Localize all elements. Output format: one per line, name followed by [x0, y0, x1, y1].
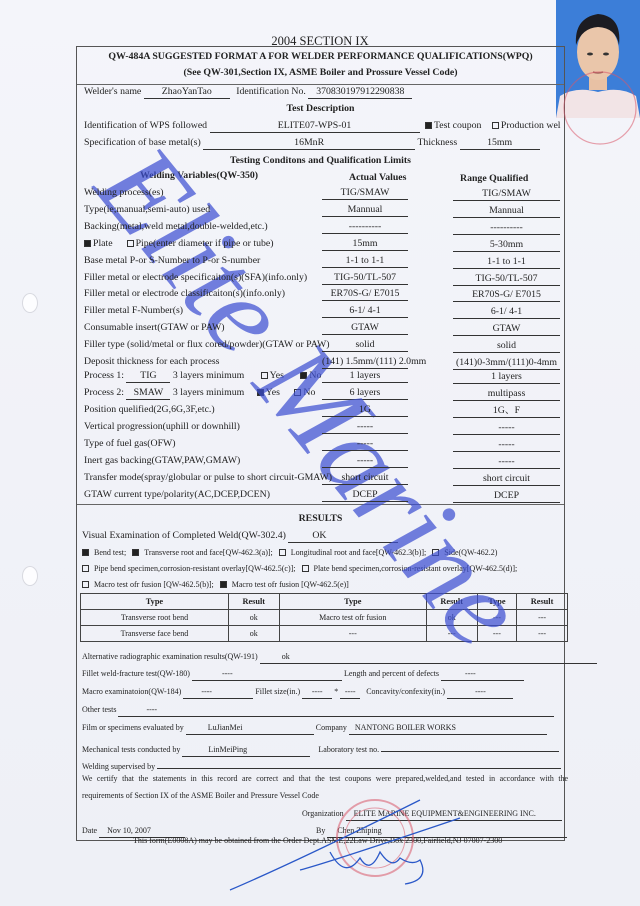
actual-value[interactable]: (141) 1.5mm/(111) 2.0mm — [322, 356, 408, 369]
actual-value[interactable]: 6-1/ 4-1 — [322, 305, 408, 318]
welder-row: Welder's name ZhaoYanTao Identification … — [84, 86, 412, 99]
result-check-label: Bend test; — [94, 548, 126, 557]
base-metal-field[interactable]: 16MnR — [203, 137, 415, 150]
process1-row: Process 1: TIG 3 layers minimum Yes No — [84, 370, 321, 383]
welder-name-label: Welder's name — [84, 86, 141, 97]
other-tests-field[interactable]: ---- — [118, 704, 554, 717]
col-variables: Welding Variables(QW-350) — [140, 170, 258, 181]
organization-row: Organization ELITE MARINE EQUIPMENT&ENGI… — [302, 808, 562, 821]
variable-label: Base metal P-or S-Number to P-or S-numbe… — [84, 255, 260, 266]
process2-yes-checkbox[interactable] — [257, 389, 264, 396]
no-label: No — [303, 387, 315, 398]
process1-actual[interactable]: 1 layers — [322, 370, 408, 383]
process1-range[interactable]: 1 layers — [453, 371, 560, 384]
certification-line-1: We certify that the statements in this r… — [82, 774, 568, 783]
footer-note: This form(E0008A) may be obtained from t… — [133, 836, 502, 845]
macro-field[interactable]: ---- — [183, 686, 253, 699]
visual-label: Visual Examination of Completed Weld(QW-… — [82, 530, 286, 541]
pipe-checkbox[interactable] — [127, 240, 134, 247]
date-label: Date — [82, 826, 97, 835]
concavity-label: Concavity/confexity(in.) — [366, 687, 445, 696]
table-row: Transverse root bendokMacro test ofr fus… — [81, 610, 568, 626]
result-check-label: Macro test ofr fusion [QW-462.5(b)]; — [94, 580, 214, 589]
results-table: TypeResultTypeResultTypeResult Transvers… — [80, 593, 568, 642]
test-description-heading: Test Description — [76, 103, 565, 114]
lab-test-field[interactable] — [381, 740, 559, 752]
range-qualified[interactable]: ER70S-G/ E7015 — [453, 289, 560, 302]
actual-value[interactable]: Mannual — [322, 204, 408, 217]
result-check-label: Side(QW-462.2) — [444, 548, 497, 557]
table-cell: Transverse face bend — [81, 626, 229, 642]
macro-label: Macro examinatoion(QW-184) — [82, 687, 181, 696]
table-cell: --- — [517, 626, 568, 642]
company-field[interactable]: NANTONG BOILER WORKS — [349, 722, 547, 735]
test-coupon-label: Test coupon — [434, 120, 481, 131]
supervised-field[interactable] — [157, 757, 561, 769]
result-check-label: Plate bend specimen,corrosion-resistant … — [314, 564, 518, 573]
range-qualified[interactable]: GTAW — [453, 323, 560, 336]
result-checkbox[interactable] — [279, 549, 286, 556]
yes-label: Yes — [270, 370, 284, 381]
fillet-size-b-field[interactable]: ---- — [340, 686, 360, 699]
radiographic-row: Alternative radiographic examination res… — [82, 651, 597, 664]
process2-actual[interactable]: 6 layers — [322, 387, 408, 400]
actual-value[interactable]: ---------- — [322, 221, 408, 234]
range-qualified[interactable]: solid — [453, 340, 560, 353]
process2-min-label: 3 layers minimum — [173, 387, 244, 398]
results-heading: RESULTS — [76, 513, 565, 524]
process1-field[interactable]: TIG — [126, 370, 170, 383]
production-weld-label: Production wel — [501, 120, 561, 131]
test-coupon-checkbox[interactable] — [425, 122, 432, 129]
range-qualified[interactable]: 5-30mm — [453, 239, 560, 252]
range-qualified[interactable]: 1-1 to 1-1 — [453, 256, 560, 269]
fillet-size-label: Fillet size(in.) — [255, 687, 300, 696]
col-range: Range Qualified — [460, 173, 528, 184]
variable-label: PlatePipe(enter diameter if pipe or tube… — [84, 238, 274, 249]
variable-label: Transfer mode(spray/globular or pulse to… — [84, 472, 332, 483]
range-qualified[interactable]: DCEP — [453, 490, 560, 503]
range-qualified[interactable]: ----- — [453, 456, 560, 469]
punch-hole — [22, 293, 38, 313]
film-field[interactable]: LuJianMei — [186, 722, 314, 735]
thickness-label: Thickness — [417, 137, 457, 148]
bend-test-checks: Bend test;Transverse root and face[QW-46… — [82, 548, 497, 557]
base-metal-row: Specification of base metal(s) 16MnR Thi… — [84, 137, 540, 150]
process1-min-label: 3 layers minimum — [173, 370, 244, 381]
process1-yes-checkbox[interactable] — [261, 372, 268, 379]
variable-label: Welding process(es) — [84, 187, 163, 198]
certification-line-2: requirements of Section IX of the ASME B… — [82, 791, 319, 800]
welder-photo — [556, 0, 640, 118]
production-weld-checkbox[interactable] — [492, 122, 499, 129]
process2-range[interactable]: multipass — [453, 388, 560, 401]
table-cell: --- — [477, 626, 517, 642]
by-label: By — [316, 826, 325, 835]
col-actual: Actual Values — [349, 172, 406, 183]
wps-row: Identification of WPS followed ELITE07-W… — [84, 120, 561, 133]
defects-label: Length and percent of defects — [344, 669, 439, 678]
mechanical-row: Mechanical tests conducted by LinMeiPing… — [82, 740, 559, 757]
actual-value[interactable]: short circuit — [322, 472, 408, 485]
table-header: Result — [228, 594, 279, 610]
process2-field[interactable]: SMAW — [126, 387, 170, 400]
macro-row: Macro examinatoion(QW-184) ---- Fillet s… — [82, 686, 513, 699]
result-checkbox[interactable] — [82, 581, 89, 588]
actual-value[interactable]: TIG/SMAW — [322, 187, 408, 200]
table-cell: --- — [477, 610, 517, 626]
table-cell: ok — [426, 610, 477, 626]
identification-field[interactable]: 370830197912290838 — [308, 86, 412, 99]
plate-label: Plate — [93, 238, 113, 249]
other-tests-label: Other tests — [82, 705, 116, 714]
actual-value[interactable]: 1-1 to 1-1 — [322, 255, 408, 268]
actual-value[interactable]: solid — [322, 339, 408, 352]
result-checkbox[interactable] — [220, 581, 227, 588]
yes-label: Yes — [266, 387, 280, 398]
concavity-field[interactable]: ---- — [447, 686, 513, 699]
actual-value[interactable]: DCEP — [322, 489, 408, 502]
form-subtitle: (See QW-301,Section IX, ASME Boiler and … — [76, 67, 565, 78]
lab-test-label: Laboratory test no. — [318, 745, 379, 754]
process2-row: Process 2: SMAW 3 layers minimum Yes No — [84, 387, 315, 400]
identification-label: Identification No. — [236, 86, 306, 97]
process1-no-checkbox[interactable] — [300, 372, 307, 379]
actual-value[interactable]: ----- — [322, 455, 408, 468]
variable-label: Vertical progression(uphill or downhill) — [84, 421, 240, 432]
welder-name-field[interactable]: ZhaoYanTao — [144, 86, 230, 99]
variable-label: Filler type (solid/metal or flux cored/p… — [84, 339, 330, 350]
table-header: Type — [81, 594, 229, 610]
supervised-label: Welding supervised by — [82, 762, 155, 771]
variable-label: GTAW current type/polarity(AC,DCEP,DCEN) — [84, 489, 270, 500]
range-qualified[interactable]: short circuit — [453, 473, 560, 486]
table-header: Result — [517, 594, 568, 610]
result-checkbox[interactable] — [132, 549, 139, 556]
process2-no-checkbox[interactable] — [294, 389, 301, 396]
actual-value[interactable]: 15mm — [322, 238, 408, 251]
range-qualified[interactable]: (141)0-3mm/(111)0-4mm — [453, 357, 560, 370]
result-checkbox[interactable] — [82, 549, 89, 556]
company-label: Company — [316, 723, 347, 732]
variable-label: Type of fuel gas(OFW) — [84, 438, 176, 449]
organization-label: Organization — [302, 809, 344, 818]
film-row: Film or specimens evaluated by LuJianMei… — [82, 722, 547, 735]
variable-label: Filler metal or electrode classificaiton… — [84, 288, 285, 299]
result-checkbox[interactable] — [82, 565, 89, 572]
variable-label: Inert gas backing(GTAW,PAW,GMAW) — [84, 455, 240, 466]
radiographic-field[interactable]: ok — [260, 651, 597, 664]
fillet-size-a-field[interactable]: ---- — [302, 686, 332, 699]
result-checkbox[interactable] — [302, 565, 309, 572]
macro-checks: Macro test ofr fusion [QW-462.5(b)];Macr… — [82, 580, 349, 589]
range-qualified[interactable]: 6-1/ 4-1 — [453, 306, 560, 319]
visual-row: Visual Examination of Completed Weld(QW-… — [82, 530, 398, 543]
actual-value[interactable]: TIG-50/TL-507 — [322, 272, 408, 285]
table-cell: --- — [279, 626, 426, 642]
result-check-label: Longitudinal root and face[QW-462.3(b)]; — [291, 548, 427, 557]
variable-label: Type(ie;manual,semi-auto) used — [84, 204, 210, 215]
table-cell: ok — [228, 626, 279, 642]
actual-value[interactable]: GTAW — [322, 322, 408, 335]
defects-field[interactable]: ---- — [441, 668, 524, 681]
range-qualified[interactable]: Mannual — [453, 205, 560, 218]
document-page: 2004 SECTION IX QW-484A SUGGESTED FORMAT… — [0, 0, 640, 906]
visual-field[interactable]: OK — [288, 530, 398, 543]
table-cell: --- — [426, 626, 477, 642]
process2-label: Process 2: — [84, 387, 124, 398]
table-row: Transverse face bendok------------ — [81, 626, 568, 642]
actual-value[interactable]: 1G — [322, 404, 408, 417]
table-header: Result — [426, 594, 477, 610]
range-qualified[interactable]: TIG-50/TL-507 — [453, 273, 560, 286]
base-metal-label: Specification of base metal(s) — [84, 137, 201, 148]
mechanical-label: Mechanical tests conducted by — [82, 745, 180, 754]
actual-value[interactable]: ER70S-G/ E7015 — [322, 288, 408, 301]
other-tests-row: Other tests ---- — [82, 704, 554, 717]
range-qualified[interactable]: ----- — [453, 439, 560, 452]
table-cell: Macro test ofr fusion — [279, 610, 426, 626]
range-qualified[interactable]: ---------- — [453, 222, 560, 235]
form-title: QW-484A SUGGESTED FORMAT A FOR WELDER PE… — [76, 51, 565, 62]
variable-label: Filler metal F-Number(s) — [84, 305, 183, 316]
actual-value[interactable]: ----- — [322, 421, 408, 434]
punch-hole — [22, 566, 38, 586]
table-cell: --- — [517, 610, 568, 626]
organization-field[interactable]: ELITE MARINE EQUIPMENT&ENGINEERING INC. — [346, 808, 562, 821]
fillet-fracture-label: Fillet weld-fracture test(QW-180) — [82, 669, 190, 678]
thickness-field[interactable]: 15mm — [460, 137, 540, 150]
fillet-fracture-row: Fillet weld-fracture test(QW-180) ---- L… — [82, 668, 524, 681]
actual-value[interactable]: ----- — [322, 438, 408, 451]
result-check-label: Transverse root and face[QW-462.3(a)]; — [144, 548, 273, 557]
table-header: Type — [477, 594, 517, 610]
variable-label: Backing(metal,weld metal,double-welded,e… — [84, 221, 268, 232]
limits-heading: Testing Conditons and Qualification Limi… — [76, 155, 565, 166]
range-qualified[interactable]: 1G、F — [453, 405, 560, 418]
range-qualified[interactable]: TIG/SMAW — [453, 188, 560, 201]
table-header: Type — [279, 594, 426, 610]
variable-label: Consumable insert(GTAW or PAW) — [84, 322, 225, 333]
variable-label: Deposit thickness for each process — [84, 356, 219, 367]
range-qualified[interactable]: ----- — [453, 422, 560, 435]
table-cell: ok — [228, 610, 279, 626]
film-label: Film or specimens evaluated by — [82, 723, 184, 732]
result-check-label: Macro test ofr fusion [QW-462.5(e)] — [232, 580, 349, 589]
process1-label: Process 1: — [84, 370, 124, 381]
radiographic-label: Alternative radiographic examination res… — [82, 652, 258, 661]
result-check-label: Pipe bend specimen,corrosion-resistant o… — [94, 564, 296, 573]
wps-label: Identification of WPS followed — [84, 120, 207, 131]
table-cell: Transverse root bend — [81, 610, 229, 626]
plate-checkbox[interactable] — [84, 240, 91, 247]
wps-field[interactable]: ELITE07-WPS-01 — [210, 120, 420, 133]
supervised-row: Welding supervised by — [82, 757, 561, 771]
result-checkbox[interactable] — [432, 549, 439, 556]
specimen-checks: Pipe bend specimen,corrosion-resistant o… — [82, 564, 517, 573]
fillet-fracture-field[interactable]: ---- — [192, 668, 342, 681]
variable-label: Filler metal or electrode specificaiton(… — [84, 272, 307, 283]
variable-label: Position quelified(2G,6G,3F,etc.) — [84, 404, 215, 415]
no-label: No — [309, 370, 321, 381]
mechanical-field[interactable]: LinMeiPing — [182, 744, 310, 757]
